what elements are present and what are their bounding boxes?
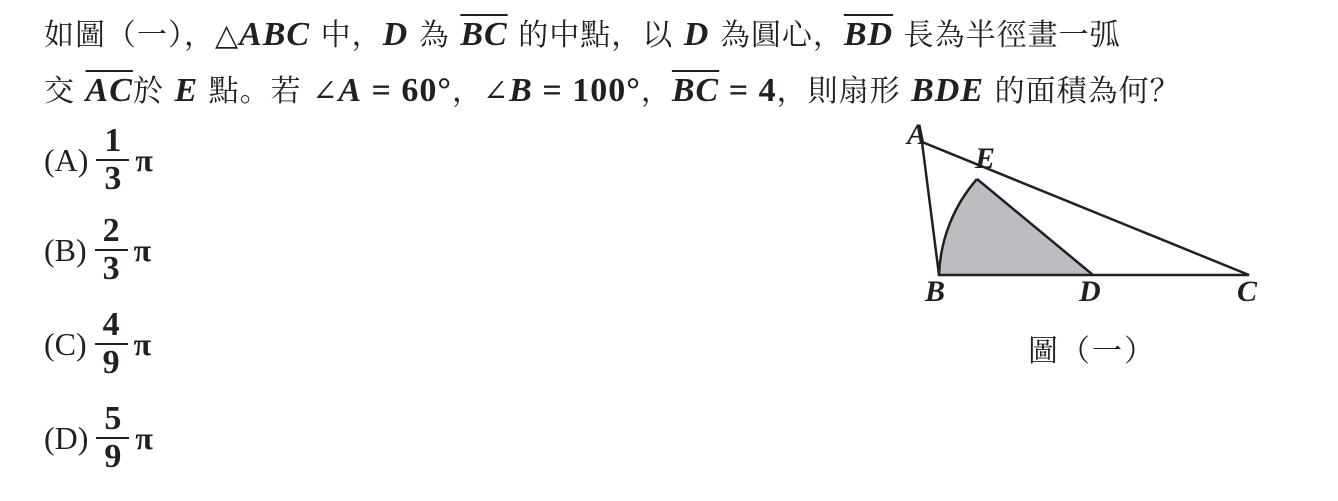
pi-symbol: π	[134, 326, 152, 363]
numerator: 5	[96, 401, 129, 439]
math-value: = 4	[719, 72, 776, 109]
question-text: 為圓心，	[709, 18, 844, 53]
option-a[interactable]: (A) 1 3 π	[44, 120, 153, 200]
fraction: 1 3	[96, 123, 129, 197]
option-label: (B)	[44, 232, 87, 269]
fraction: 4 9	[95, 307, 128, 381]
math-variable: BDE	[911, 72, 984, 109]
segment-label: BC	[672, 72, 719, 109]
option-b[interactable]: (B) 2 3 π	[44, 210, 151, 290]
math-value: = 100°	[533, 72, 641, 109]
denominator: 3	[104, 161, 121, 197]
question-text: 的面積為何？	[984, 74, 1181, 109]
option-label: (C)	[44, 326, 87, 363]
denominator: 9	[104, 439, 121, 475]
option-label: (D)	[44, 420, 88, 457]
question-text: 中，	[310, 18, 383, 53]
question-text: ，∠	[452, 74, 509, 109]
math-variable: B	[509, 72, 533, 109]
math-variable: D	[383, 16, 409, 53]
segment-label: BD	[844, 16, 893, 53]
pi-symbol: π	[134, 232, 152, 269]
figure-caption: 圖（一）	[1028, 326, 1156, 370]
question-line-1: 如圖（一），△ABC 中，D 為 BC 的中點，以 D 為圓心，BD 長為半徑畫…	[44, 10, 1121, 54]
denominator: 3	[103, 251, 120, 287]
segment-label: AC	[86, 72, 133, 109]
numerator: 1	[96, 123, 129, 161]
option-c[interactable]: (C) 4 9 π	[44, 304, 151, 384]
math-variable: A	[338, 72, 362, 109]
question-text: 如圖（一），△	[44, 18, 239, 53]
question-text: 點。若 ∠	[198, 74, 338, 109]
question-text: 的中點，以	[508, 18, 684, 53]
denominator: 9	[103, 345, 120, 381]
question-line-2: 交 AC於 E 點。若 ∠A = 60°，∠B = 100°，BC = 4，則扇…	[44, 66, 1181, 110]
option-label: (A)	[44, 142, 88, 179]
numerator: 2	[95, 213, 128, 251]
math-variable: E	[174, 72, 198, 109]
question-text: 長為半徑畫一弧	[893, 18, 1121, 53]
question-text: ，則扇形	[777, 74, 912, 109]
sector-bde	[939, 179, 1093, 275]
point-label-a: A	[907, 118, 927, 152]
point-label-c: C	[1237, 275, 1257, 309]
option-d[interactable]: (D) 5 9 π	[44, 398, 153, 478]
numerator: 4	[95, 307, 128, 345]
segment-label: BC	[460, 16, 507, 53]
question-text: 為	[408, 18, 460, 53]
question-text: ，	[641, 74, 672, 109]
math-value: = 60°	[362, 72, 452, 109]
point-label-e: E	[975, 142, 995, 176]
math-variable: ABC	[239, 16, 310, 53]
math-variable: D	[684, 16, 710, 53]
fraction: 5 9	[96, 401, 129, 475]
pi-symbol: π	[135, 420, 153, 457]
fraction: 2 3	[95, 213, 128, 287]
point-label-b: B	[925, 275, 945, 309]
pi-symbol: π	[135, 142, 153, 179]
question-text: 於	[133, 74, 175, 109]
question-text: 交	[44, 74, 86, 109]
point-label-d: D	[1079, 275, 1101, 309]
triangle-figure: A E B D C	[895, 118, 1275, 322]
